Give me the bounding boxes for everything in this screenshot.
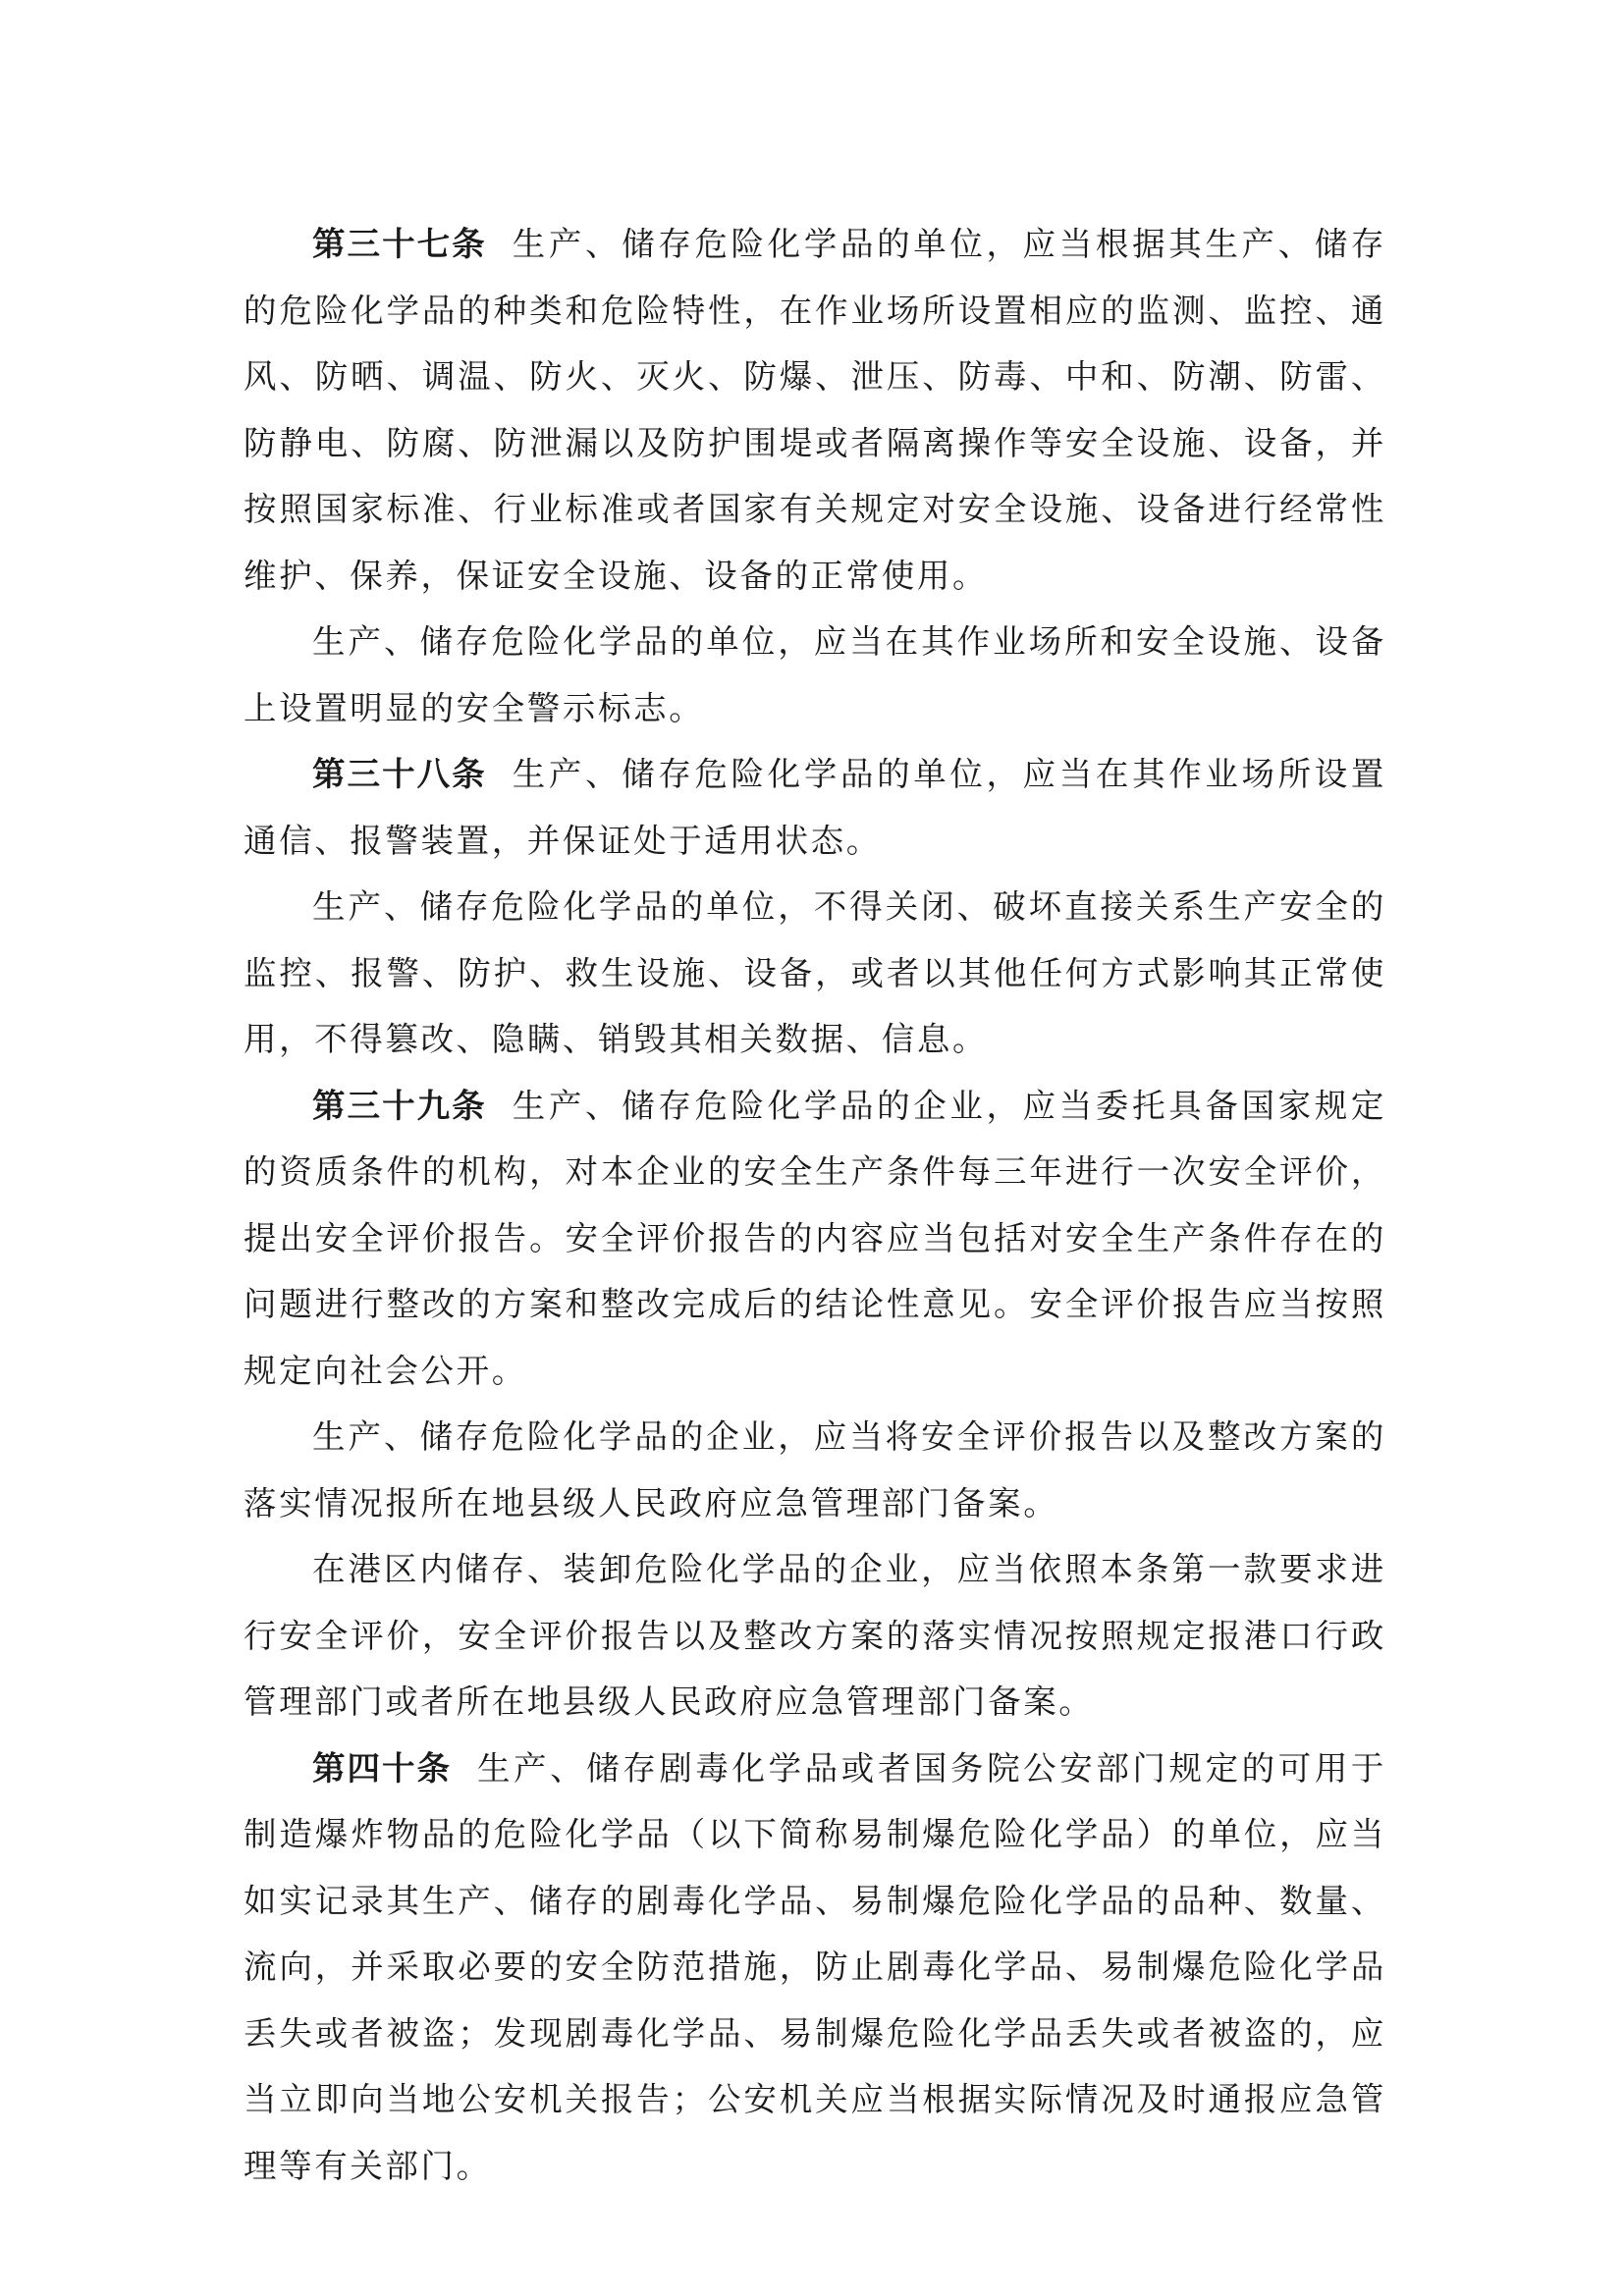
paragraph-text: 生产、储存剧毒化学品或者国务院公安部门规定的可用于制造爆炸物品的危险化学品（以下… (244, 1749, 1386, 2185)
article-number: 第三十七条 (312, 225, 487, 263)
paragraph-text: 生产、储存危险化学品的企业，应当将安全评价报告以及整改方案的落实情况报所在地县级… (244, 1417, 1386, 1522)
paragraph-text: 在港区内储存、装卸危险化学品的企业，应当依照本条第一款要求进行安全评价，安全评价… (244, 1550, 1386, 1721)
article-37-paragraph-2: 生产、储存危险化学品的单位，应当在其作业场所和安全设施、设备上设置明显的安全警示… (244, 609, 1386, 741)
article-37-paragraph-1: 第三十七条生产、储存危险化学品的单位，应当根据其生产、储存的危险化学品的种类和危… (244, 211, 1386, 609)
article-number: 第四十条 (312, 1749, 452, 1788)
paragraph-text: 生产、储存危险化学品的单位，应当根据其生产、储存的危险化学品的种类和危险特性，在… (244, 225, 1386, 595)
paragraph-text: 生产、储存危险化学品的单位，应当在其作业场所和安全设施、设备上设置明显的安全警示… (244, 622, 1386, 727)
document-page: 第三十七条生产、储存危险化学品的单位，应当根据其生产、储存的危险化学品的种类和危… (244, 211, 1386, 2199)
article-38-paragraph-1: 第三十八条生产、储存危险化学品的单位，应当在其作业场所设置通信、报警装置，并保证… (244, 741, 1386, 874)
article-38-paragraph-2: 生产、储存危险化学品的单位，不得关闭、破坏直接关系生产安全的监控、报警、防护、救… (244, 874, 1386, 1073)
paragraph-text: 生产、储存危险化学品的单位，不得关闭、破坏直接关系生产安全的监控、报警、防护、救… (244, 887, 1386, 1058)
article-number: 第三十九条 (312, 1087, 487, 1125)
article-39-paragraph-1: 第三十九条生产、储存危险化学品的企业，应当委托具备国家规定的资质条件的机构，对本… (244, 1073, 1386, 1405)
article-number: 第三十八条 (312, 755, 487, 793)
paragraph-text: 生产、储存危险化学品的企业，应当委托具备国家规定的资质条件的机构，对本企业的安全… (244, 1087, 1386, 1390)
article-40-paragraph-1: 第四十条生产、储存剧毒化学品或者国务院公安部门规定的可用于制造爆炸物品的危险化学… (244, 1735, 1386, 2200)
article-39-paragraph-3: 在港区内储存、装卸危险化学品的企业，应当依照本条第一款要求进行安全评价，安全评价… (244, 1536, 1386, 1735)
article-39-paragraph-2: 生产、储存危险化学品的企业，应当将安全评价报告以及整改方案的落实情况报所在地县级… (244, 1404, 1386, 1536)
